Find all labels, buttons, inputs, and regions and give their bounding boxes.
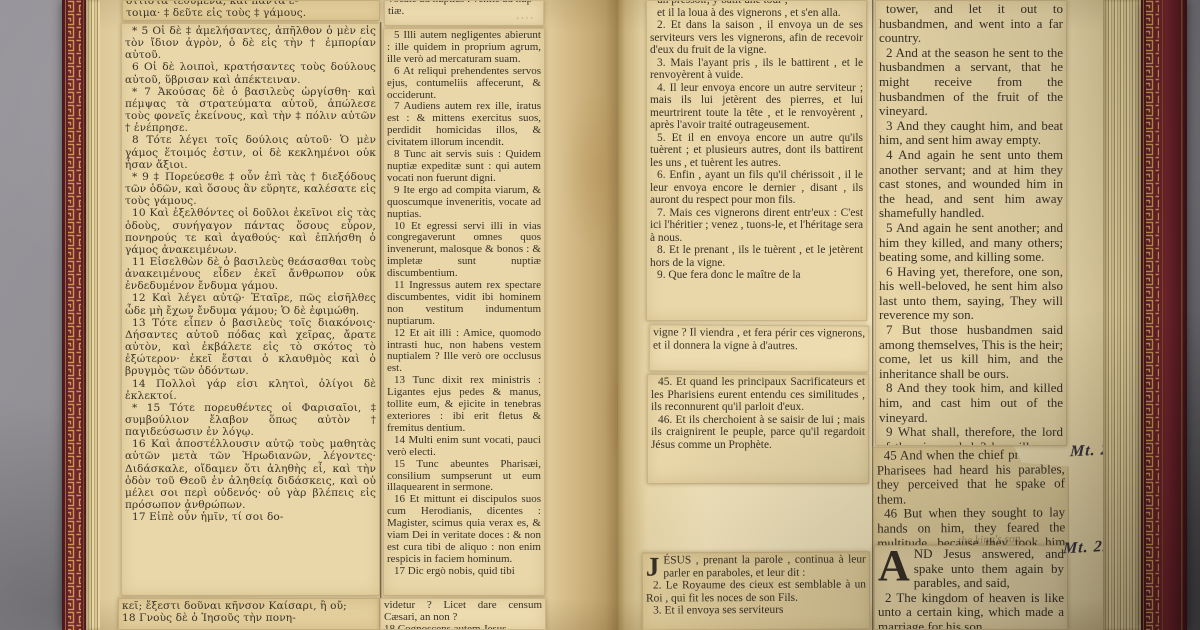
column-divider-rule-right-page (872, 0, 873, 630)
printer-dots-mark: ···· (516, 14, 535, 23)
greek-key-gilt-pattern-icon (62, 0, 88, 630)
greek-key-gilt-pattern-icon (1141, 0, 1187, 630)
pasted-slip-latin-bottom: videtur ? Licet dare censum Cæsari, an n… (380, 598, 546, 630)
pasted-slip-english-jesus-parable: AND Jesus answered, and spake unto them … (874, 545, 1068, 630)
pasted-slip-latin-top: vocate ad nuptias : venite ad nup-tiæ. ·… (384, 0, 544, 26)
pasted-slip-latin-main: 5 Illi autem negligentes abierunt : ille… (383, 28, 545, 596)
dropcap-letter-a: A (878, 548, 910, 584)
page-edges-right (1103, 0, 1141, 630)
left-cover-leather-edge (62, 0, 88, 630)
pasted-slip-greek-main: * 5 Οἱ δὲ ‡ ἀμελήσαντες, ἀπῆλθον ὁ μὲν ε… (121, 23, 380, 596)
column-divider-rule-left-page (380, 22, 381, 630)
pasted-slip-french-mid: vigne ? Il viendra , et fera périr ces v… (649, 324, 869, 372)
pasted-slip-french-top: un pressoir, y bâtit une tour ;et il la … (646, 0, 867, 321)
pasted-slip-greek-top: σιτιστὰ τεθυμένα, καὶ πάντα ἕ-τοιμα· ‡ δ… (122, 0, 380, 21)
pasted-slip-english-main: tower, and let it out to husbandmen, and… (875, 0, 1067, 446)
right-cover-leather-edge (1141, 0, 1187, 630)
book-photo-scene: σιτιστὰ τεθυμένα, καὶ πάντα ἕ-τοιμα· ‡ δ… (0, 0, 1200, 630)
pasted-slip-french-jesus-parable: JÉSUS , prenant la parole , continua à l… (642, 551, 870, 630)
dropcap-letter-j: J (646, 556, 660, 578)
pasted-slip-greek-bottom: κεῖ; ἔξεστι δοῦναι κῆνσον Καίσαρι, ἢ οὔ;… (118, 598, 380, 630)
pasted-slip-french-pharisees: 45. Et quand les principaux Sacrificateu… (647, 374, 869, 484)
